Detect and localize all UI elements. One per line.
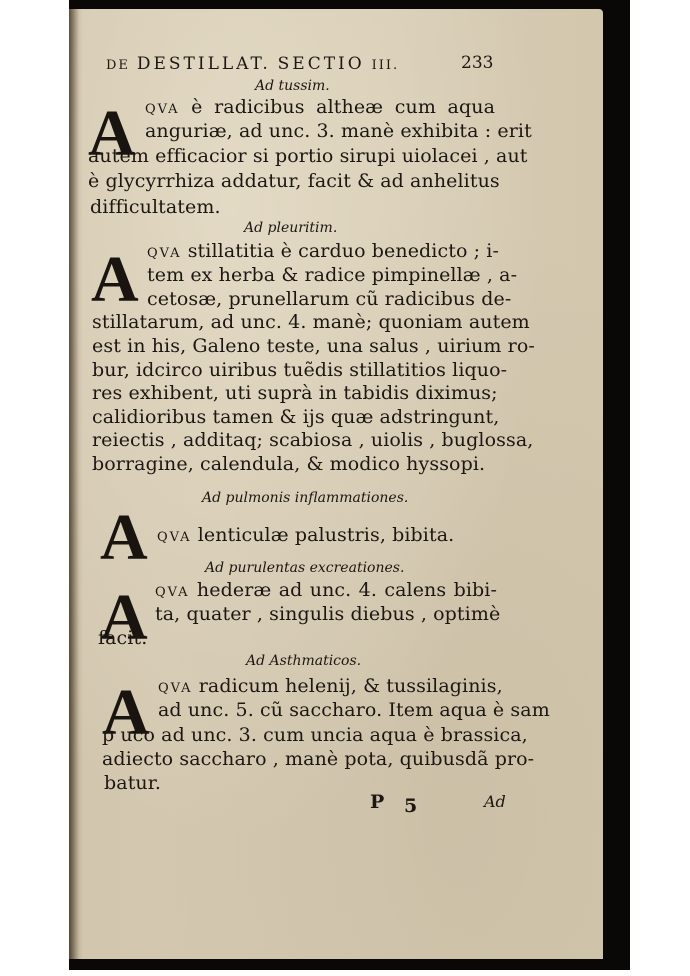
line-text: radicum helenij, & tussilaginis, — [199, 675, 503, 697]
signature-letter: P — [370, 791, 384, 813]
text-line: autem efficacior si portio sirupi uiolac… — [88, 144, 495, 168]
text-line: reiectis , additaq; scabiosa , uiolis , … — [92, 428, 495, 452]
drop-cap: A — [91, 250, 139, 310]
gutter-shadow — [69, 9, 79, 959]
text-line: borragine, calendula, & modico hyssopi. — [92, 452, 485, 476]
text-line: QVA radicum helenij, & tussilaginis, — [158, 674, 496, 701]
section-heading: Ad pleuritim. — [244, 219, 337, 237]
text-line: calidioribus tamen & ijs quæ adstringunt… — [92, 405, 495, 429]
text-line: tem ex herba & radice pimpinellæ , a- — [147, 263, 495, 287]
text-line: QVA stillatitia è carduo benedicto ; i- — [147, 239, 495, 266]
running-head: DE DESTILLAT. SECTIO III. — [106, 54, 399, 74]
text-line: p uco ad unc. 3. cum uncia aqua è brassi… — [102, 723, 496, 747]
running-head-section: SECTIO — [278, 54, 365, 74]
drop-cap: A — [100, 508, 148, 568]
section-heading: Ad Asthmaticos. — [246, 652, 361, 670]
text-line: ta, quater , singulis diebus , optimè — [155, 602, 497, 626]
opening-word: QVA — [147, 246, 182, 261]
text-line: QVA hederæ ad unc. 4. calens bibi- — [155, 578, 497, 605]
line-text: lenticulæ palustris, bibita. — [198, 524, 455, 546]
signature-number: 5 — [404, 795, 417, 817]
text-line: cetosæ, prunellarum cũ radicibus de- — [147, 287, 495, 311]
text-line: stillatarum, ad unc. 4. manè; quoniam au… — [92, 310, 495, 334]
text-line: ad unc. 5. cũ saccharo. Item aqua è sam — [158, 698, 496, 722]
text-line: est in his, Galeno teste, una salus , ui… — [92, 334, 495, 358]
section-heading: Ad purulentas excreationes. — [205, 559, 404, 577]
running-head-section-number: III. — [372, 58, 400, 73]
text-line: difficultatem. — [90, 195, 221, 219]
line-text: è radicibus altheæ cum aqua — [191, 96, 495, 118]
opening-word: QVA — [155, 585, 190, 600]
text-line: adiecto saccharo , manè pota, quibusdã p… — [102, 747, 496, 771]
opening-word: QVA — [157, 530, 192, 545]
line-text: stillatitia è carduo benedicto ; i- — [188, 240, 499, 262]
line-text: hederæ ad unc. 4. calens bibi- — [197, 579, 497, 601]
text-line: res exhibent, uti suprà in tabidis dixim… — [92, 381, 495, 405]
page-number: 233 — [461, 53, 493, 73]
catchword: Ad — [484, 792, 506, 811]
text-line: bur, idcirco uiribus tuẽdis stillatitios… — [92, 358, 495, 382]
running-head-prefix: DE — [106, 58, 130, 73]
text-line: anguriæ, ad unc. 3. manè exhibita : erit — [145, 119, 495, 143]
text-line: è glycyrrhiza addatur, facit & ad anheli… — [88, 169, 495, 193]
running-head-title: DESTILLAT. — [137, 54, 271, 74]
section-heading: Ad pulmonis inflammationes. — [202, 489, 408, 507]
opening-word: QVA — [158, 681, 193, 696]
text-line: facit. — [98, 626, 147, 650]
text-line: batur. — [104, 771, 161, 795]
opening-word: QVA — [145, 102, 180, 117]
text-line: QVA lenticulæ palustris, bibita. — [157, 523, 454, 550]
text-line: QVA è radicibus altheæ cum aqua — [145, 95, 495, 122]
section-heading: Ad tussim. — [255, 77, 330, 95]
